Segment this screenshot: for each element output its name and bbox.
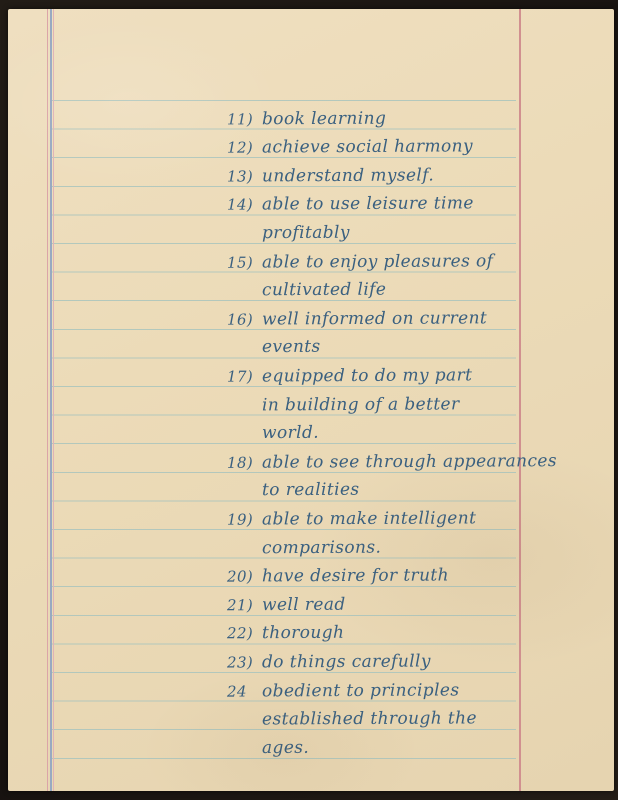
handwritten-line: 21)well read: [227, 593, 346, 618]
item-number: 23): [227, 651, 262, 673]
item-text: understand myself.: [262, 164, 434, 187]
handwritten-line: 19)able to make intelligent: [227, 507, 476, 532]
left-margin-line-pink: [47, 9, 49, 791]
item-number: 11): [227, 108, 262, 130]
item-number: 13): [227, 165, 262, 187]
item-text: profitably: [262, 222, 350, 244]
item-number: 17): [227, 365, 262, 387]
handwritten-line: 11)book learning: [227, 107, 386, 132]
handwritten-line: to realities: [227, 479, 360, 504]
item-text: comparisons.: [262, 536, 381, 559]
item-text: able to make intelligent: [262, 507, 476, 530]
item-text: able to use leisure time: [262, 193, 474, 216]
item-number: 19): [227, 508, 262, 530]
handwritten-line: events: [227, 336, 321, 360]
item-number: 12): [227, 137, 262, 159]
item-text: thorough: [262, 622, 344, 644]
item-text: able to see through appearances: [262, 450, 557, 474]
item-number: 22): [227, 623, 262, 645]
item-text: book learning: [262, 107, 386, 130]
notebook-page: 11)book learning12)achieve social harmon…: [8, 9, 614, 791]
item-text: cultivated life: [262, 279, 386, 302]
handwritten-line: ages.: [227, 737, 309, 761]
item-number: 16): [227, 308, 262, 330]
handwritten-line: 17)equipped to do my part: [227, 364, 472, 389]
handwritten-line: 12)achieve social harmony: [227, 136, 473, 161]
item-text: well read: [262, 593, 346, 615]
handwritten-line: profitably: [227, 222, 350, 247]
item-number: 20): [227, 566, 262, 588]
handwritten-line: 23)do things carefully: [227, 650, 431, 675]
item-number: 15): [227, 251, 262, 273]
item-text: do things carefully: [262, 650, 431, 673]
item-text: to realities: [262, 479, 360, 502]
handwritten-line: 24obedient to principles: [227, 679, 460, 704]
left-margin-line-blue: [50, 9, 52, 791]
item-text: well informed on current: [262, 307, 487, 330]
item-text: events: [262, 336, 321, 358]
left-margin-line-pink-inner: [53, 9, 54, 791]
handwritten-line: established through the: [227, 708, 477, 733]
item-text: have desire for truth: [262, 565, 449, 588]
handwritten-line: 16)well informed on current: [227, 307, 487, 332]
handwritten-line: 18)able to see through appearances: [227, 450, 557, 476]
handwritten-line: 14)able to use leisure time: [227, 193, 474, 218]
handwritten-line: comparisons.: [227, 536, 381, 561]
handwritten-line: 15)able to enjoy pleasures of: [227, 250, 493, 275]
item-text: world.: [262, 422, 319, 444]
item-number: 24: [227, 680, 262, 702]
right-margin-line: [519, 9, 521, 791]
item-text: able to enjoy pleasures of: [262, 250, 493, 273]
handwritten-line: in building of a better: [227, 393, 460, 418]
item-text: ages.: [262, 737, 309, 759]
handwritten-line: 13)understand myself.: [227, 164, 434, 189]
item-number: 21): [227, 594, 262, 616]
item-number: 18): [227, 451, 262, 473]
item-number: 14): [227, 194, 262, 216]
item-text: in building of a better: [262, 393, 460, 416]
item-text: achieve social harmony: [262, 136, 473, 159]
item-text: established through the: [262, 708, 477, 731]
handwritten-line: 20)have desire for truth: [227, 565, 449, 590]
item-text: equipped to do my part: [262, 364, 472, 387]
handwritten-line: cultivated life: [227, 279, 386, 304]
handwritten-line: world.: [227, 422, 319, 446]
handwritten-line: 22)thorough: [227, 622, 344, 647]
item-text: obedient to principles: [262, 679, 460, 702]
